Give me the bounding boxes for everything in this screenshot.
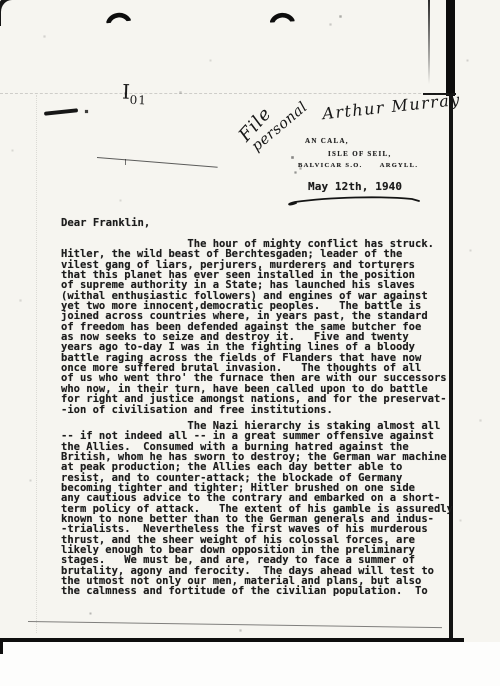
diagonal-line-tick [125,159,126,165]
left-fold-line [36,95,37,633]
punch-hole-arc-right [269,8,296,22]
letter-body: The hour of mighty conflict has struck. … [61,239,461,603]
top-left-corner-mark [0,0,19,26]
body-paragraph-1: The hour of mighty conflict has struck. … [61,239,461,415]
letterhead-line2: ISLE OF SEIL, [328,150,392,158]
archival-mark-sub: 01 [129,93,147,108]
punch-hole-arc-left [104,8,131,24]
letterhead-line1: AN CALA, [305,137,349,145]
body-paragraph-2: The Nazi hierarchy is staking almost all… [61,421,461,597]
archival-mark: I01 [122,80,148,108]
bottom-page-edge-line [0,638,464,642]
letter-date: May 12th, 1940 [308,180,402,193]
date-underline-flourish [286,193,422,212]
letterhead-line3: BALVICAR S.O. ARGYLL. [298,162,418,169]
faint-horizontal-crease [0,93,456,94]
right-edge-thick-line-top [446,0,455,96]
salutation: Dear Franklin, [61,217,150,229]
right-edge-thin-line [428,0,430,84]
bottom-left-notch [0,641,3,654]
scanned-letter-page: I01 File personal Arthur Murray AN CALA,… [0,0,500,686]
